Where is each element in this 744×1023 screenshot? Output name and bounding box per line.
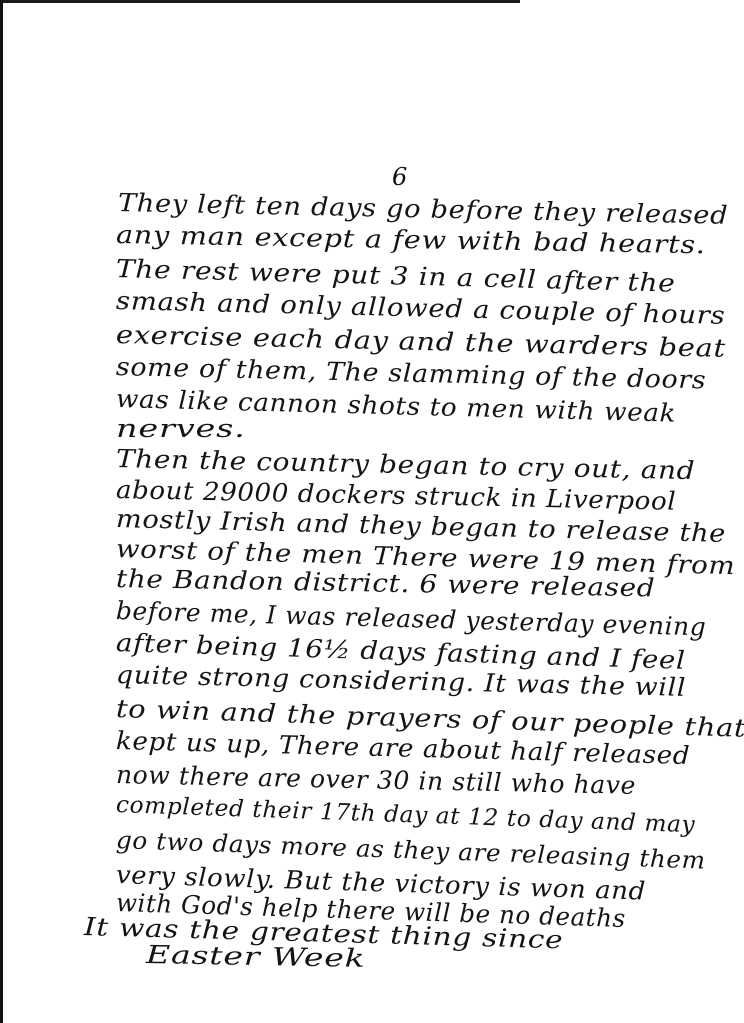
letter-line: Easter Week [146,940,366,973]
scan-edge-left [0,0,3,1023]
scan-edge-top [0,0,520,3]
page-number: 6 [392,163,407,191]
letter-line: nerves. [116,414,246,443]
